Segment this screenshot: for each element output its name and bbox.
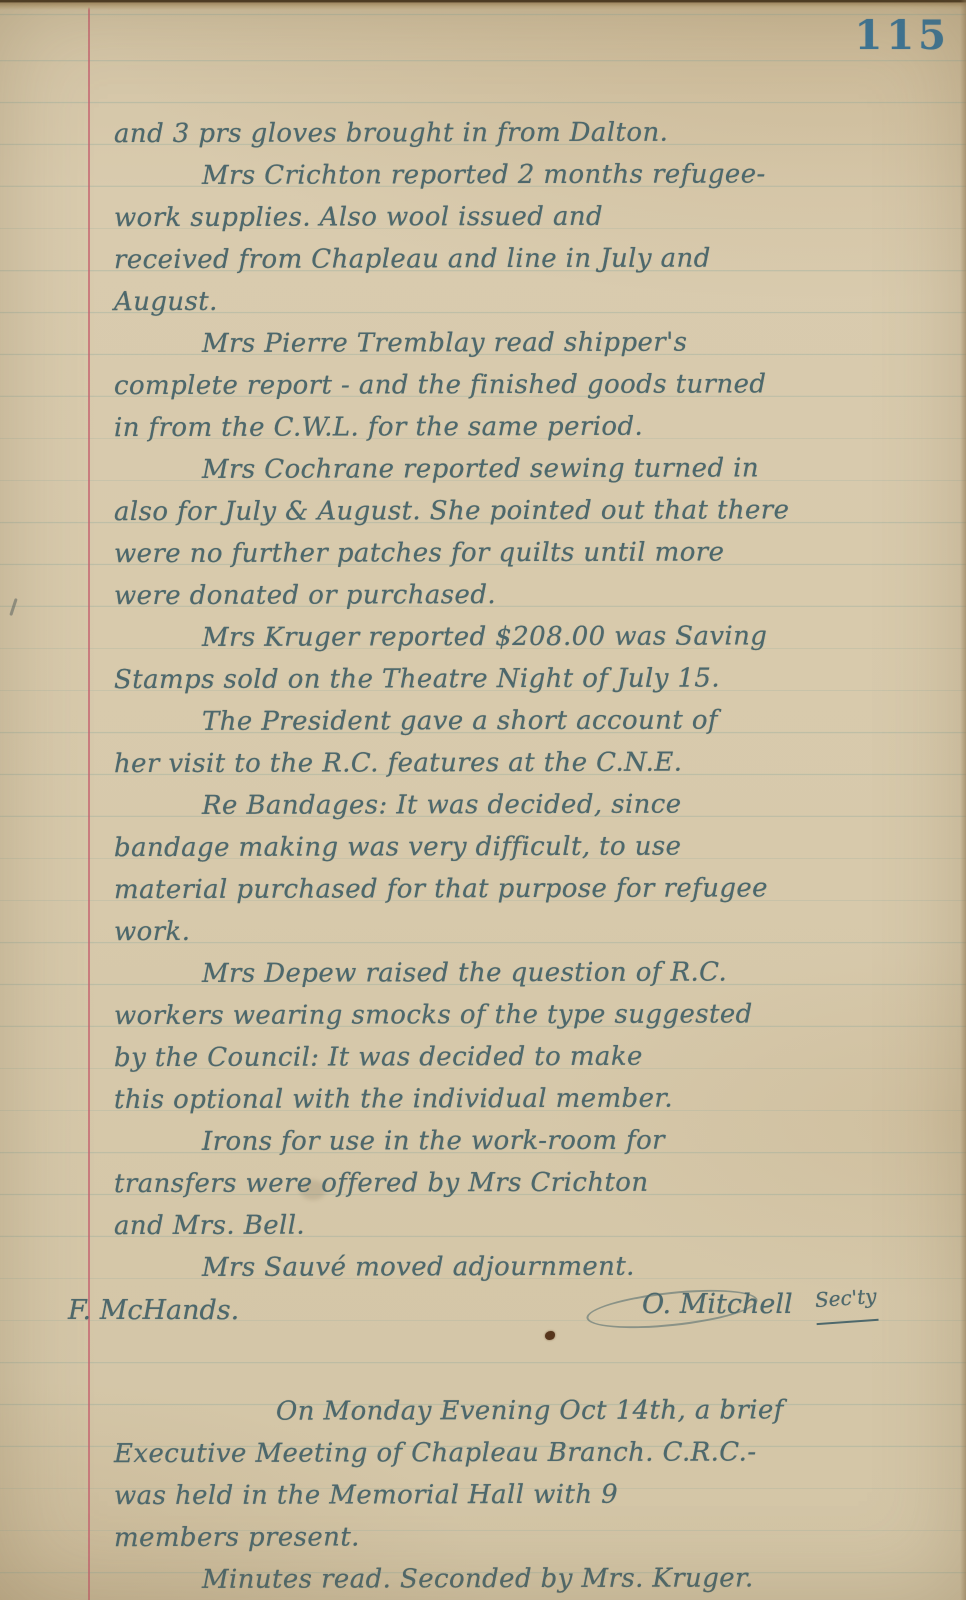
handwritten-line: Mrs Kruger reported $208.00 was Saving [114,615,940,659]
page-right-edge [960,0,966,1600]
handwritten-line: Mrs Crichton reported 2 months refugee- [114,153,940,197]
handwritten-line: also for July & August. She pointed out … [114,489,940,533]
handwritten-line: bandage making was very difficult, to us… [114,825,940,869]
handwritten-line: Minutes read. Seconded by Mrs. Kruger. [114,1557,940,1600]
handwritten-line: by the Council: It was decided to make [114,1035,940,1079]
handwritten-line: and 3 prs gloves brought in from Dalton. [114,111,940,155]
signature-left: F. McHands. [68,1288,239,1334]
handwritten-line: her visit to the R.C. features at the C.… [114,741,940,785]
handwritten-line: were donated or purchased. [114,573,940,617]
handwritten-line: were no further patches for quilts until… [114,531,940,575]
manuscript-body: and 3 prs gloves brought in from Dalton.… [114,112,940,1600]
margin-line [88,0,90,1600]
handwritten-line: received from Chapleau and line in July … [114,237,940,281]
handwritten-line: The President gave a short account of [114,699,940,743]
handwritten-line: members present. [114,1515,940,1559]
handwritten-line: work supplies. Also wool issued and [114,195,940,239]
signature-right: O. Mitchell Sec'ty [642,1282,877,1331]
handwritten-line: this optional with the individual member… [114,1077,940,1121]
handwritten-line: material purchased for that purpose for … [114,867,940,911]
handwritten-line: was held in the Memorial Hall with 9 [114,1473,940,1517]
handwritten-line: Mrs Depew raised the question of R.C. [114,951,940,995]
handwritten-line: Mrs Pierre Tremblay read shipper's [114,321,940,365]
handwritten-line: Mrs Cochrane reported sewing turned in [114,447,940,491]
handwritten-line: workers wearing smocks of the type sugge… [114,993,940,1037]
section-gap [114,1334,940,1390]
handwritten-line: work. [114,909,940,953]
handwritten-line: August. [114,279,940,323]
handwritten-line: Re Bandages: It was decided, since [114,783,940,827]
notebook-page: 115 and 3 prs gloves brought in from Dal… [0,0,966,1600]
handwritten-line: transfers were offered by Mrs Crichton [114,1161,940,1205]
handwritten-line: Irons for use in the work-room for [114,1119,940,1163]
page-number: 115 [855,12,951,59]
signature-flourish [585,1283,760,1335]
signature-title: Sec'ty [814,1273,879,1325]
handwritten-line: complete report - and the finished goods… [114,363,940,407]
page-top-edge [0,0,966,10]
handwritten-line: Stamps sold on the Theatre Night of July… [114,657,940,701]
handwritten-line: On Monday Evening Oct 14th, a brief [114,1389,940,1433]
handwritten-line: Executive Meeting of Chapleau Branch. C.… [114,1431,940,1475]
signature-row: F. McHands. O. Mitchell Sec'ty [114,1288,940,1334]
handwritten-line: and Mrs. Bell. [114,1203,940,1247]
handwritten-line: in from the C.W.L. for the same period. [114,405,940,449]
